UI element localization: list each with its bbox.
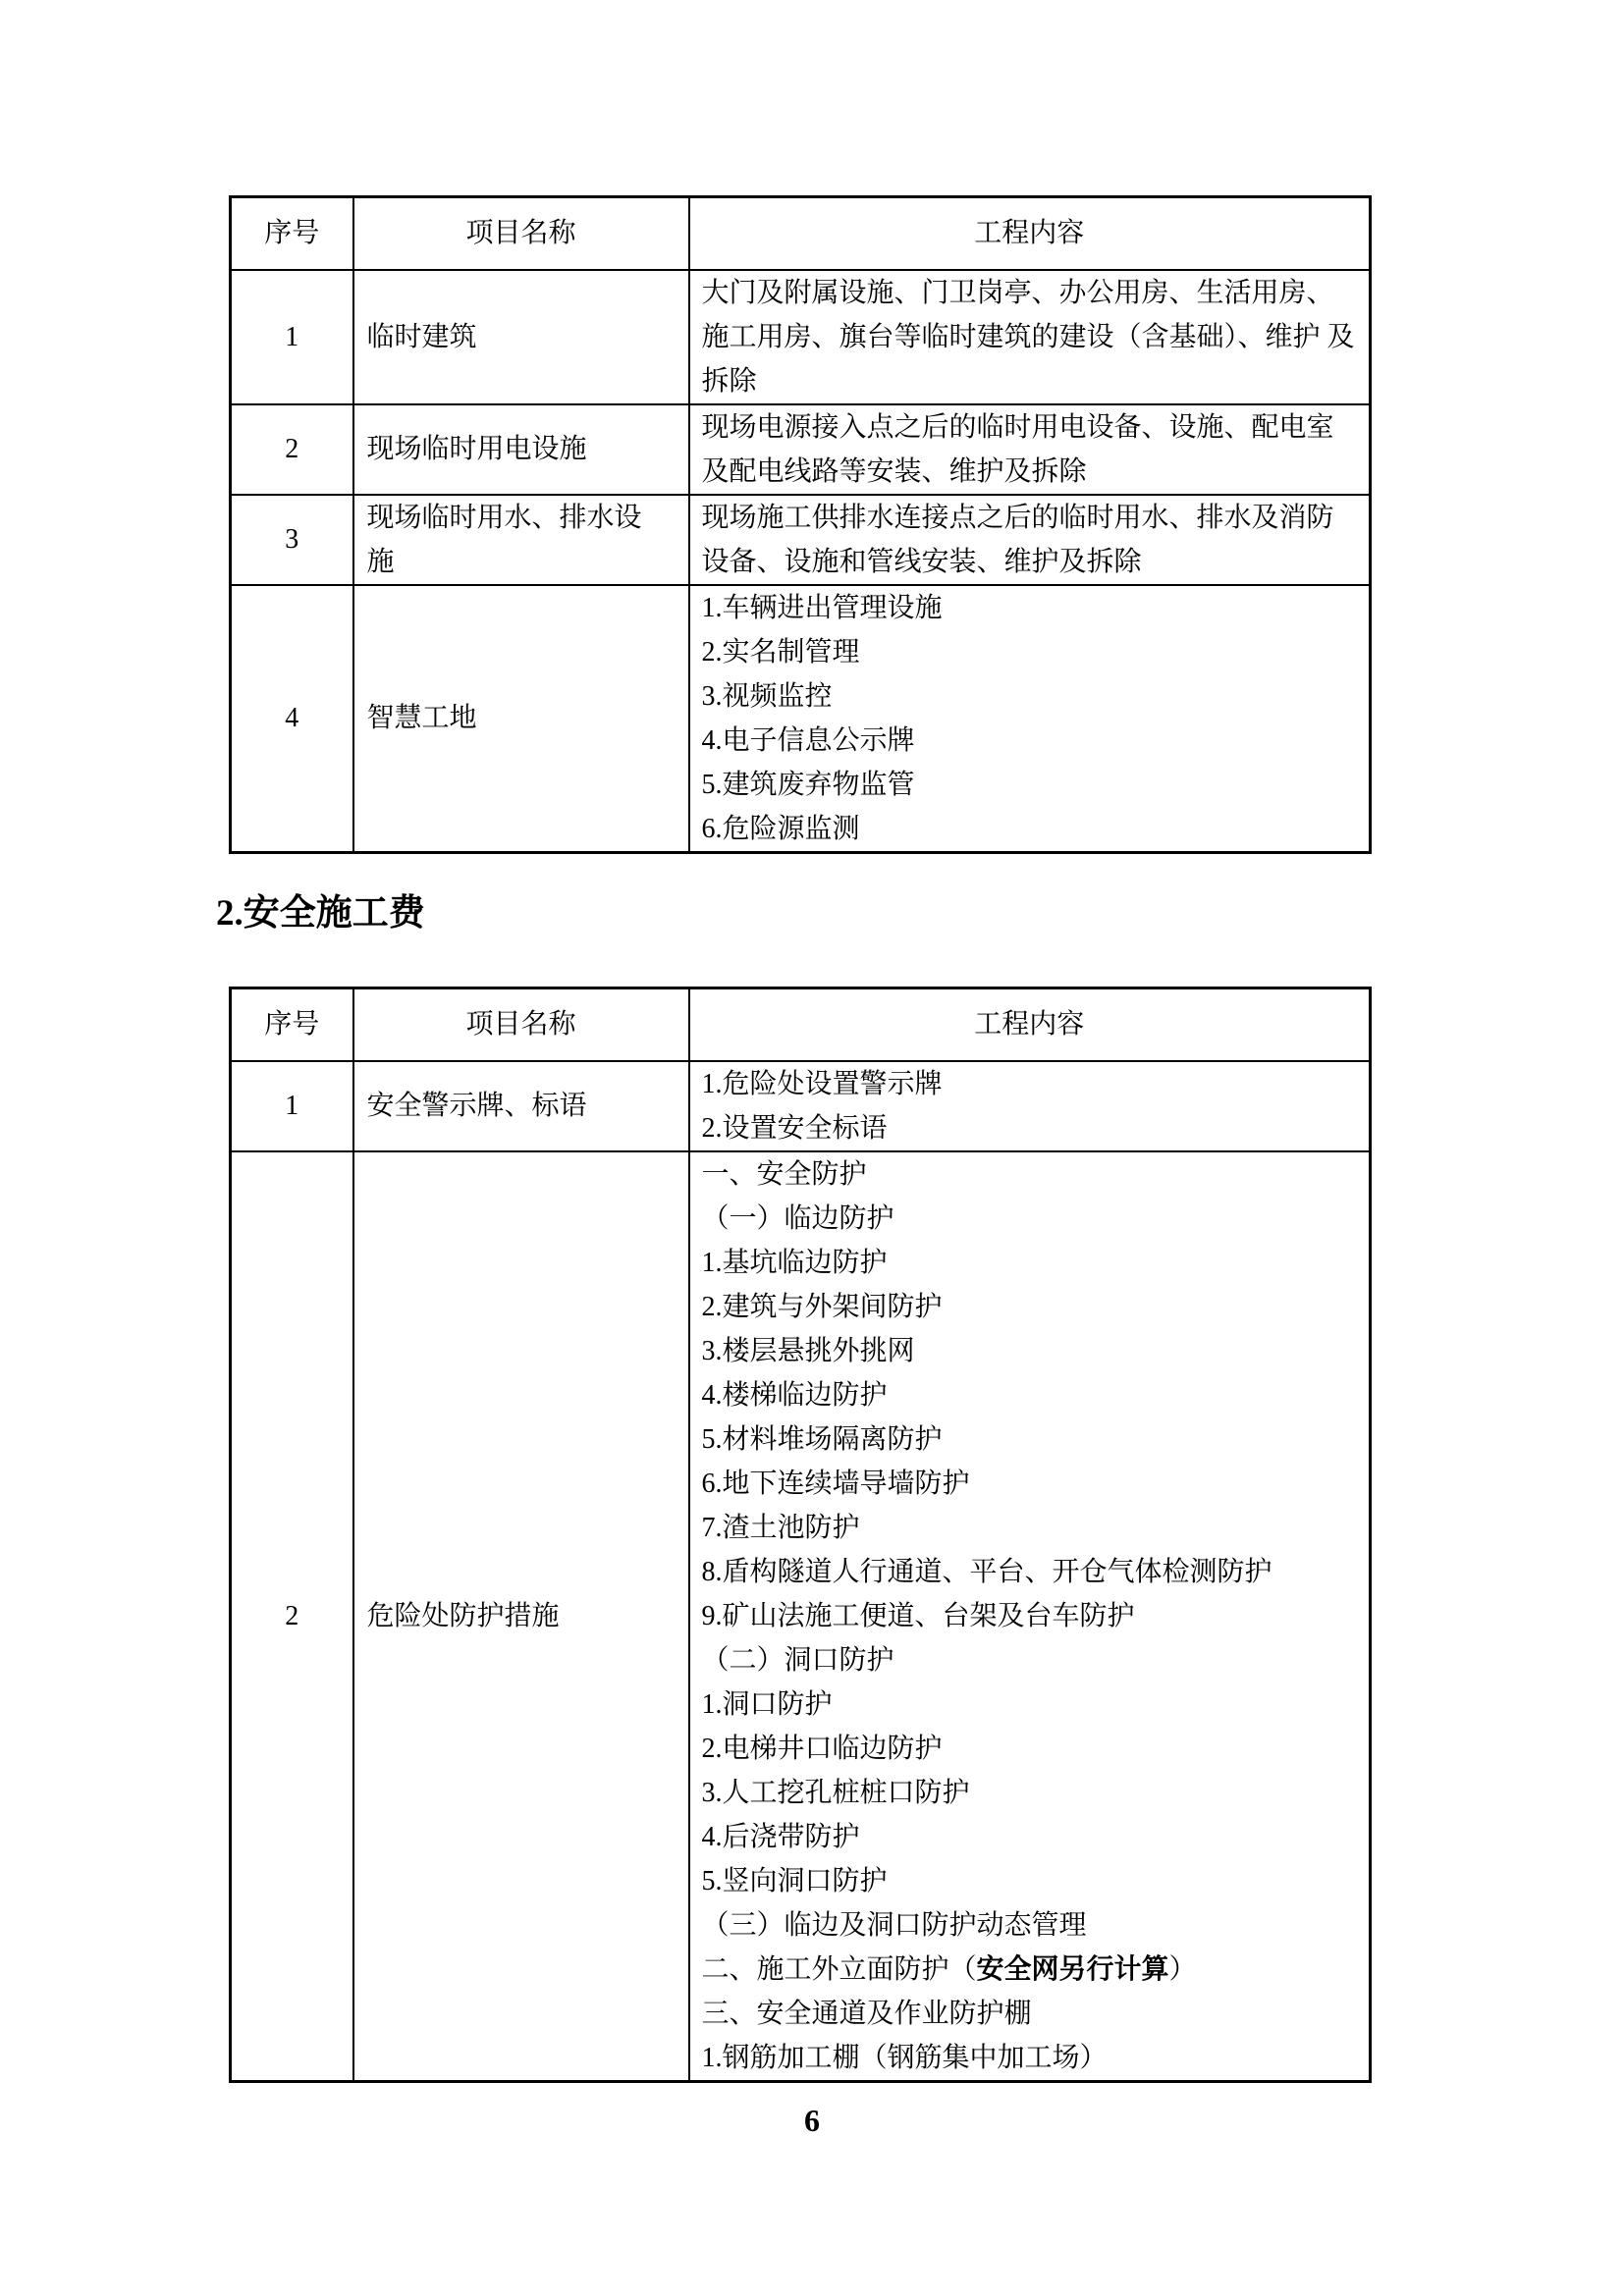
table1-header-no: 序号: [231, 197, 353, 270]
table1-row-4: 4 智慧工地 1.车辆进出管理设施 2.实名制管理 3.视频监控 4.电子信息公…: [231, 585, 1371, 853]
work-content-cell: 一、安全防护 （一）临边防护 1.基坑临边防护 2.建筑与外架间防护 3.楼层悬…: [689, 1151, 1371, 2082]
page-number: 6: [0, 2103, 1624, 2139]
table2-row-1: 1 安全警示牌、标语 1.危险处设置警示牌 2.设置安全标语: [231, 1061, 1371, 1151]
project-name-cell: 智慧工地: [353, 585, 689, 853]
row-number-cell: 2: [231, 1151, 353, 2082]
temporary-works-table: 序号 项目名称 工程内容 1 临时建筑 大门及附属设施、门卫岗亭、办公用房、生活…: [229, 195, 1372, 854]
table1-header-name: 项目名称: [353, 197, 689, 270]
row-number-cell: 1: [231, 270, 353, 404]
row-number-cell: 4: [231, 585, 353, 853]
row-number-cell: 3: [231, 495, 353, 585]
table2-header-no: 序号: [231, 988, 353, 1061]
work-content-cell: 1.车辆进出管理设施 2.实名制管理 3.视频监控 4.电子信息公示牌 5.建筑…: [689, 585, 1371, 853]
section-heading: 2.安全施工费: [216, 882, 425, 935]
table2-header-name: 项目名称: [353, 988, 689, 1061]
work-content-cell: 1.危险处设置警示牌 2.设置安全标语: [689, 1061, 1371, 1151]
table2-row-2: 2 危险处防护措施 一、安全防护 （一）临边防护 1.基坑临边防护 2.建筑与外…: [231, 1151, 1371, 2082]
row-number-cell: 2: [231, 404, 353, 495]
work-content-cell: 大门及附属设施、门卫岗亭、办公用房、生活用房、 施工用房、旗台等临时建筑的建设（…: [689, 270, 1371, 404]
content-text-bold: 安全网另行计算: [977, 1954, 1169, 1985]
table1-row-3: 3 现场临时用水、排水设 施 现场施工供排水连接点之后的临时用水、排水及消防 设…: [231, 495, 1371, 585]
project-name-cell: 现场临时用水、排水设 施: [353, 495, 689, 585]
project-name-cell: 安全警示牌、标语: [353, 1061, 689, 1151]
document-page: 序号 项目名称 工程内容 1 临时建筑 大门及附属设施、门卫岗亭、办公用房、生活…: [0, 0, 1624, 2296]
table2-header-content: 工程内容: [689, 988, 1371, 1061]
table1-row-2: 2 现场临时用电设施 现场电源接入点之后的临时用电设备、设施、配电室 及配电线路…: [231, 404, 1371, 495]
safety-construction-fee-table: 序号 项目名称 工程内容 1 安全警示牌、标语 1.危险处设置警示牌 2.设置安…: [229, 987, 1372, 2083]
row-number-cell: 1: [231, 1061, 353, 1151]
work-content-cell: 现场施工供排水连接点之后的临时用水、排水及消防 设备、设施和管线安装、维护及拆除: [689, 495, 1371, 585]
table1-header-row: 序号 项目名称 工程内容: [231, 197, 1371, 270]
table1-row-1: 1 临时建筑 大门及附属设施、门卫岗亭、办公用房、生活用房、 施工用房、旗台等临…: [231, 270, 1371, 404]
project-name-cell: 临时建筑: [353, 270, 689, 404]
work-content-cell: 现场电源接入点之后的临时用电设备、设施、配电室 及配电线路等安装、维护及拆除: [689, 404, 1371, 495]
table1-header-content: 工程内容: [689, 197, 1371, 270]
project-name-cell: 危险处防护措施: [353, 1151, 689, 2082]
table2-header-row: 序号 项目名称 工程内容: [231, 988, 1371, 1061]
project-name-cell: 现场临时用电设施: [353, 404, 689, 495]
content-text: 一、安全防护 （一）临边防护 1.基坑临边防护 2.建筑与外架间防护 3.楼层悬…: [702, 1159, 1272, 1985]
